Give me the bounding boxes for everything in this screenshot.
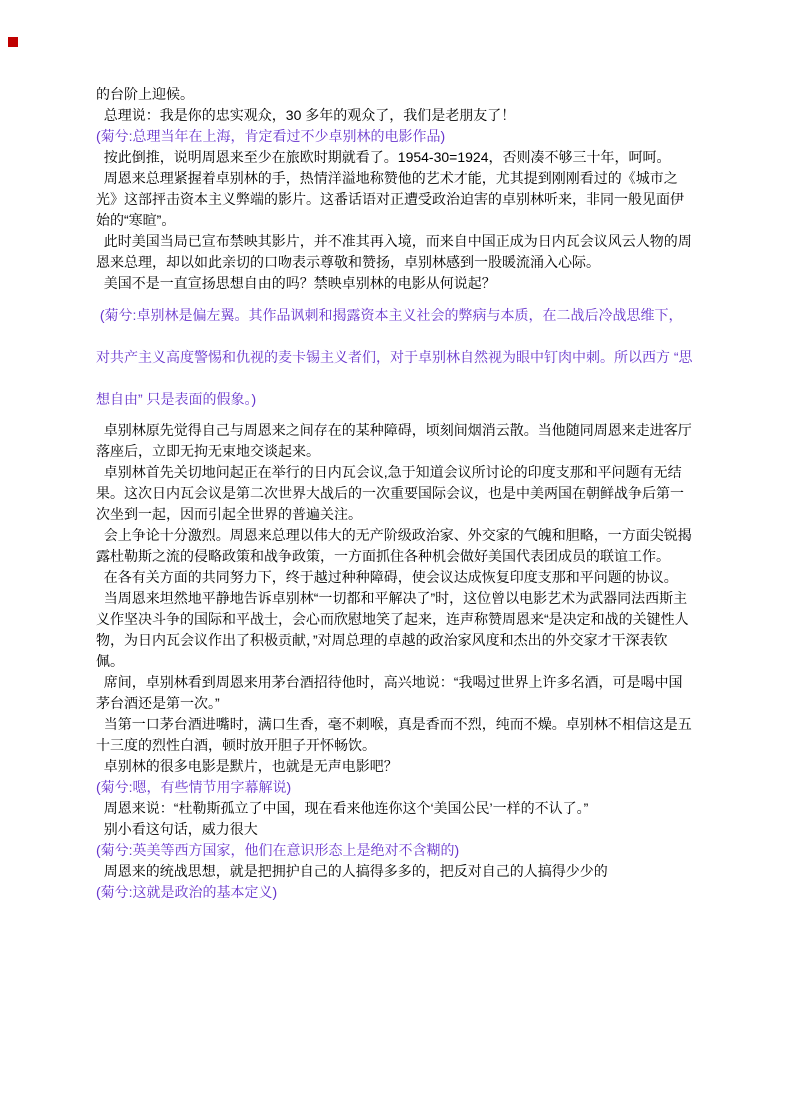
paragraph: 的台阶上迎候。 <box>96 84 693 105</box>
paragraph: 总理说：我是你的忠实观众，30 多年的观众了，我们是老朋友了！ <box>96 105 693 126</box>
annotation-note: (菊兮:嗯，有些情节用字幕解说) <box>96 777 693 798</box>
paragraph: 卓别林首先关切地问起正在举行的日内瓦会议,急于知道会议所讨论的印度支那和平问题有… <box>96 462 693 525</box>
paragraph: 会上争论十分激烈。周恩来总理以伟大的无产阶级政治家、外交家的气魄和胆略，一方面尖… <box>96 525 693 567</box>
paragraph: 席间，卓别林看到周恩来用茅台酒招待他时，高兴地说：“我喝过世界上许多名酒，可是喝… <box>96 672 693 714</box>
paragraph: 当第一口茅台酒进嘴时，满口生香，毫不刺喉，真是香而不烈，纯而不燥。卓别林不相信这… <box>96 714 693 756</box>
paragraph: 在各有关方面的共同努力下，终于越过种种障碍，使会议达成恢复印度支那和平问题的协议… <box>96 567 693 588</box>
document-page: 的台阶上迎候。 总理说：我是你的忠实观众，30 多年的观众了，我们是老朋友了！ … <box>0 0 800 1100</box>
annotation-note: (菊兮:总理当年在上海，肯定看过不少卓别林的电影作品) <box>96 126 693 147</box>
paragraph: 周恩来说：“杜勒斯孤立了中国，现在看来他连你这个‘美国公民’一样的不认了。” <box>96 798 693 819</box>
annotation-note: (菊兮:这就是政治的基本定义) <box>96 882 693 903</box>
paragraph: 当周恩来坦然地平静地告诉卓别林“一切都和平解决了”时，这位曾以电影艺术为武器同法… <box>96 588 693 672</box>
paragraph: 此时美国当局已宣布禁映其影片，并不准其再入境，而来自中国正成为日内瓦会议风云人物… <box>96 231 693 273</box>
paragraph: 周恩来总理紧握着卓别林的手，热情洋溢地称赞他的艺术才能，尤其提到刚刚看过的《城市… <box>96 168 693 231</box>
paragraph: 周恩来的统战思想，就是把拥护自己的人搞得多多的，把反对自己的人搞得少少的 <box>96 861 693 882</box>
paragraph: 按此倒推，说明周恩来至少在旅欧时期就看了。1954-30=1924，否则凑不够三… <box>96 147 693 168</box>
paragraph: 美国不是一直宣扬思想自由的吗？禁映卓别林的电影从何说起？ <box>96 273 693 294</box>
document-text: 的台阶上迎候。 总理说：我是你的忠实观众，30 多年的观众了，我们是老朋友了！ … <box>96 84 693 903</box>
paragraph: 别小看这句话，威力很大 <box>96 819 693 840</box>
annotation-note: (菊兮:卓别林是偏左翼。其作品讽刺和揭露资本主义社会的弊病与本质，在二战后冷战思… <box>96 294 693 420</box>
red-square-marker <box>8 37 18 47</box>
annotation-note: (菊兮:英美等西方国家，他们在意识形态上是绝对不含糊的) <box>96 840 693 861</box>
paragraph: 卓别林的很多电影是默片，也就是无声电影吧？ <box>96 756 693 777</box>
paragraph: 卓别林原先觉得自己与周恩来之间存在的某种障碍，顷刻间烟消云散。当他随同周恩来走进… <box>96 420 693 462</box>
